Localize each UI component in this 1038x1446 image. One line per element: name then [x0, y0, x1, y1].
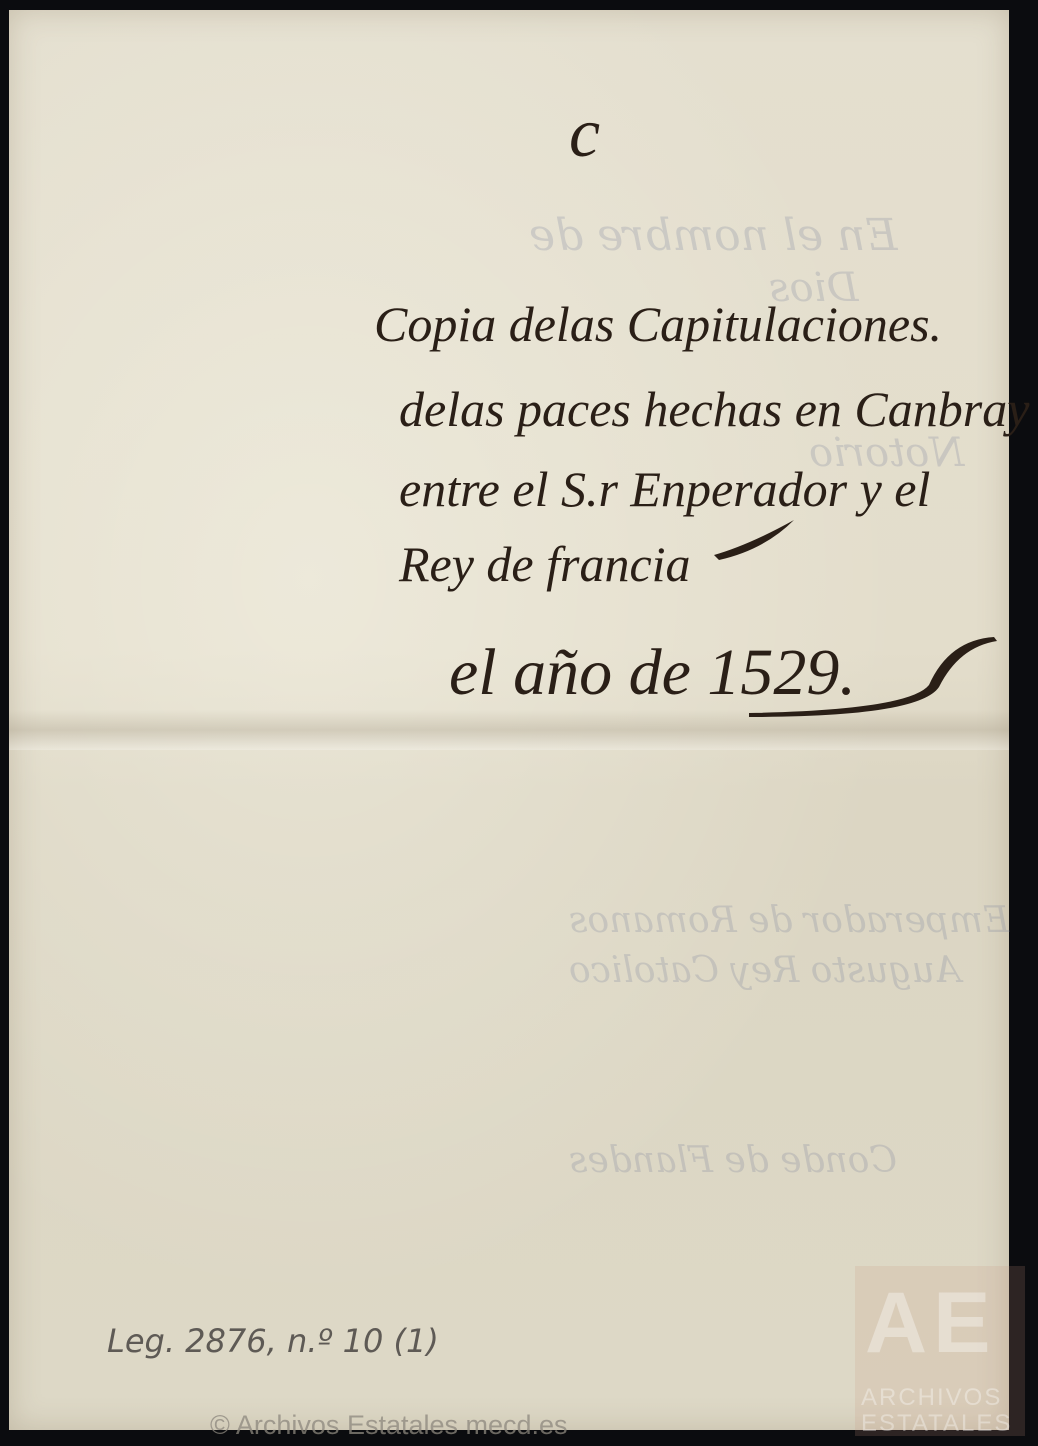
title-line-4: Rey de francia [399, 535, 691, 593]
title-line-1: Copia delas Capitulaciones. [374, 295, 942, 353]
bleed-through-text: Augusto Rey Catolico [569, 950, 961, 991]
header-mark: c [569, 94, 600, 174]
ink-flourish [709, 515, 799, 565]
bleed-through-text: Conde de Flandes [569, 1140, 897, 1181]
title-line-2: delas paces hechas en Canbray [399, 380, 1029, 438]
bleed-through-text: Emperador de Romanos [569, 900, 1009, 941]
copyright-watermark: © Archivos Estatales mecd.es [210, 1410, 568, 1441]
ink-flourish-underline [729, 625, 1009, 725]
title-line-3: entre el S.r Enperador y el [399, 460, 930, 518]
shelfmark-annotation: Leg. 2876, n.º 10 (1) [107, 1322, 439, 1360]
archive-stamp-watermark: AE ARCHIVOS ESTATALES [855, 1266, 1025, 1436]
bleed-through-text: En el nombre de [529, 210, 898, 261]
manuscript-page: En el nombre de Dios Notorio Emperador d… [9, 10, 1009, 1430]
